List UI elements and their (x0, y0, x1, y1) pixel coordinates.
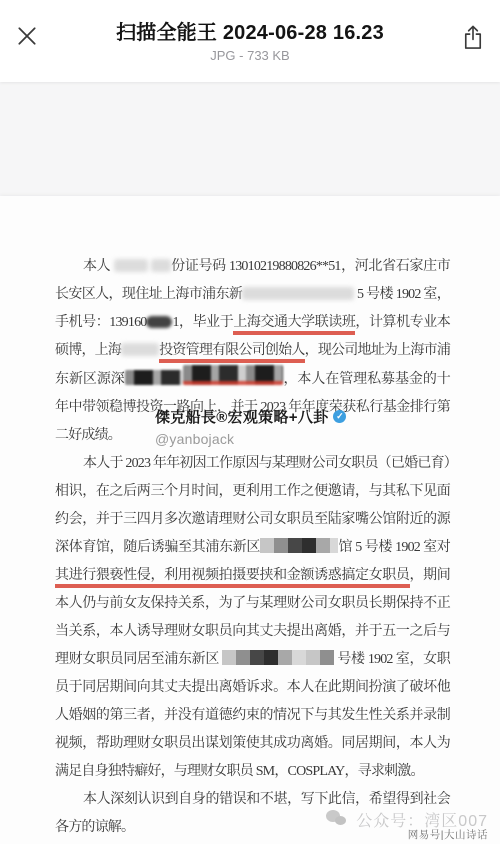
watermark-author: 傑克船長®宏观策略+八卦 ✓ @yanbojack (155, 406, 346, 447)
red-marked-text: 投资管理有限公司创始人 (159, 343, 304, 363)
watermark-footer: 公众号：湾区007 网易号|大山诗话 (326, 808, 488, 842)
light-redaction (114, 259, 148, 272)
scan-top-margin (0, 82, 500, 196)
pixel-redaction (222, 650, 334, 665)
text-run: 本人 (83, 259, 114, 274)
watermark-author-name: 傑克船長®宏观策略+八卦 (155, 406, 328, 427)
watermark-footer-sub: 网易号|大山诗话 (326, 827, 488, 842)
red-marked-text: 其进行猥亵性侵，利用视频拍摄要挟和金额诱惑搞定女职员 (55, 568, 410, 588)
light-redaction (121, 343, 159, 356)
text-run: 号楼 1902 室，女职员于同居期间向其丈夫提出离婚诉求。本人在此期间扮演了破坏… (55, 652, 450, 779)
watermark-author-handle: @yanbojack (155, 431, 346, 447)
page-title: 扫描全能王 2024-06-28 16.23 (0, 16, 500, 45)
black-redaction (125, 370, 183, 385)
header-titles: 扫描全能王 2024-06-28 16.23 JPG - 733 KB (0, 16, 500, 63)
document-text: 本人 份证号码 13010219880826**51，河北省石家庄市长安区人，现… (55, 253, 450, 842)
black-redaction (183, 365, 283, 385)
light-redaction (151, 259, 171, 272)
dark-redaction (146, 316, 172, 328)
verified-badge-icon: ✓ (333, 410, 346, 423)
light-redaction (242, 287, 354, 300)
paragraph: 本人于 2023 年年初因工作原因与某理财公司女职员（已婚已育）相识，在之后两三… (55, 450, 450, 786)
share-button[interactable] (454, 18, 492, 56)
text-run: 馆 5 号楼 1902 室对 (338, 540, 450, 555)
header-bar: 扫描全能王 2024-06-28 16.23 JPG - 733 KB (0, 0, 500, 82)
pixel-redaction (260, 538, 338, 553)
camscanner-preview-screen: 扫描全能王 2024-06-28 16.23 JPG - 733 KB 本人 份… (0, 0, 500, 844)
text-run: 1，毕业于 (172, 315, 233, 330)
share-icon (461, 24, 485, 51)
file-meta: JPG - 733 KB (0, 48, 500, 63)
scanned-document[interactable]: 本人 份证号码 13010219880826**51，河北省石家庄市长安区人，现… (0, 196, 500, 844)
red-marked-text: 上海交通大学联读班 (233, 315, 355, 335)
